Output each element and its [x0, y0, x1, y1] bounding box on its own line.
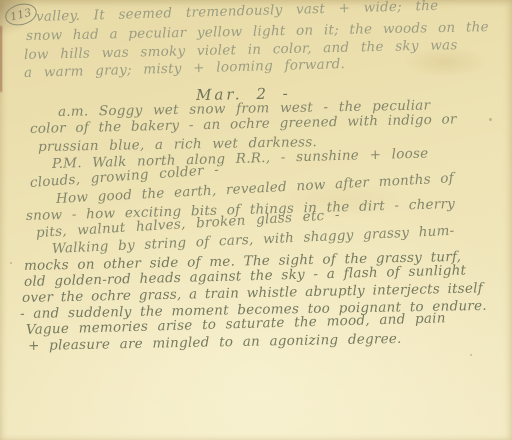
journal-page: 113 valley. It seemed tremendously vast … — [0, 0, 512, 440]
paper-speck — [470, 354, 472, 356]
paper-speck — [10, 262, 12, 264]
paper-speck — [489, 118, 492, 121]
page-number: 113 — [9, 6, 33, 23]
page-edge-shadow — [0, 26, 2, 92]
